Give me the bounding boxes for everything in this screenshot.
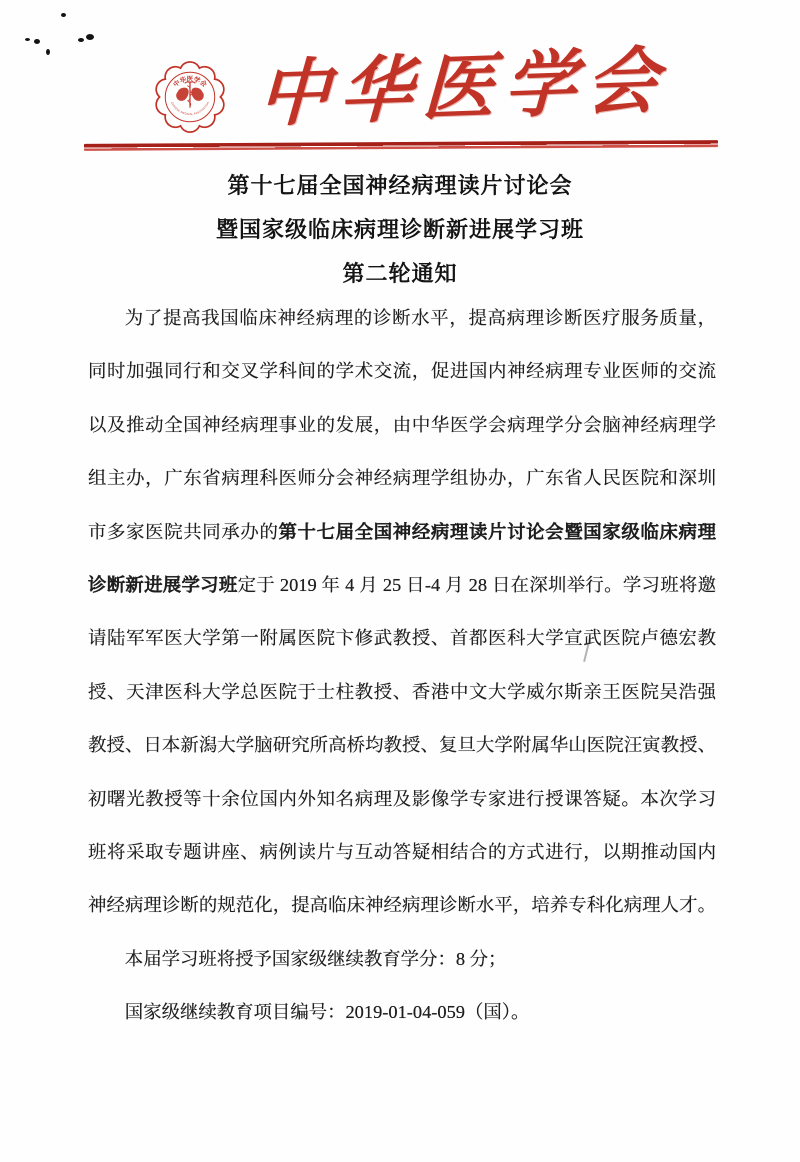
body-line: 授、天津医科大学总医院于士柱教授、香港中文大学威尔斯亲王医院吴浩强 [88,666,716,719]
body-line: 神经病理诊断的规范化，提高临床神经病理诊断水平，培养专科化病理人才。 [88,879,716,932]
ink-speck [61,13,66,17]
body-segment-bold: 第十七届全国神经病理读片讨论会暨国家级临床病理 [279,522,716,542]
body-line: 组主办，广东省病理科医师分会神经病理学组协办，广东省人民医院和深圳 [88,452,716,505]
body-text: 为了提高我国临床神经病理的诊断水平，提高病理诊断医疗服务质量，同时加强同行和交叉… [88,292,716,1039]
body-segment: 授、天津医科大学总医院于士柱教授、香港中文大学威尔斯亲王医院吴浩强 [88,682,716,702]
body-line: 初曙光教授等十余位国内外知名病理及影像学专家进行授课答疑。本次学习 [88,773,716,826]
body-lines: 为了提高我国临床神经病理的诊断水平，提高病理诊断医疗服务质量，同时加强同行和交叉… [88,292,716,933]
body-segment: 市多家医院共同承办的 [88,522,279,542]
cma-calligraphy-title: 中华医学会 [256,29,679,148]
body-line: 班将采取专题讲座、病例读片与互动答疑相结合的方式进行，以期推动国内 [88,826,716,879]
body-segment: 以及推动全国神经病理事业的发展，由中华医学会病理学分会脑神经病理学 [88,415,716,435]
body-segment: 为了提高我国临床神经病理的诊断水平，提高病理诊断医疗服务质量， [125,308,716,328]
document-titles: 第十七届全国神经病理读片讨论会 暨国家级临床病理诊断新进展学习班 第二轮通知 [0,164,800,296]
body-segment: 同时加强同行和交叉学科间的学术交流，促进国内神经病理专业医师的交流 [88,361,716,381]
credit-project-number-line: 国家级继续教育项目编号：2019-01-04-059（国）。 [88,986,716,1039]
title-notice-round: 第二轮通知 [0,252,800,296]
ink-speck [78,38,84,42]
title-conference: 第十七届全国神经病理读片讨论会 [0,164,800,208]
title-workshop: 暨国家级临床病理诊断新进展学习班 [0,208,800,252]
body-segment: 初曙光教授等十余位国内外知名病理及影像学专家进行授课答疑。本次学习 [88,789,716,809]
body-segment: 定于 2019 年 4 月 25 日-4 月 28 日在深圳举行。学习班将邀 [238,575,716,595]
body-line: 市多家医院共同承办的第十七届全国神经病理读片讨论会暨国家级临床病理 [88,506,716,559]
credit-score-line: 本届学习班将授予国家级继续教育学分：8 分； [88,933,716,986]
ink-speck [86,34,94,40]
body-line: 为了提高我国临床神经病理的诊断水平，提高病理诊断医疗服务质量， [88,292,716,345]
body-line: 同时加强同行和交叉学科间的学术交流，促进国内神经病理专业医师的交流 [88,345,716,398]
ink-speck [46,49,50,55]
snake [187,86,192,106]
scanned-notice-page: 中华医学会 CHINESE MEDICAL ASSOCIATION 中华医学会 … [0,0,800,1162]
body-line: 教授、日本新潟大学脑研究所高桥均教授、复旦大学附属华山医院汪寅教授、 [88,719,716,772]
body-line: 诊断新进展学习班定于 2019 年 4 月 25 日-4 月 28 日在深圳举行… [88,559,716,612]
body-segment: 请陆军军医大学第一附属医院卞修武教授、首都医科大学宣武医院卢德宏教 [88,628,716,648]
ink-speck [25,38,30,41]
body-segment: 组主办，广东省病理科医师分会神经病理学组协办，广东省人民医院和深圳 [88,468,716,488]
body-segment: 神经病理诊断的规范化，提高临床神经病理诊断水平，培养专科化病理人才。 [88,895,716,915]
body-line: 以及推动全国神经病理事业的发展，由中华医学会病理学分会脑神经病理学 [88,399,716,452]
body-segment-bold: 诊断新进展学习班 [88,575,238,595]
body-segment: 班将采取专题讲座、病例读片与互动答疑相结合的方式进行，以期推动国内 [88,842,716,862]
body-segment: 教授、日本新潟大学脑研究所高桥均教授、复旦大学附属华山医院汪寅教授、 [88,735,716,755]
ink-speck [34,39,40,44]
body-line: 请陆军军医大学第一附属医院卞修武教授、首都医科大学宣武医院卢德宏教 [88,612,716,665]
letterhead-rule [84,140,718,151]
cma-seal-logo: 中华医学会 CHINESE MEDICAL ASSOCIATION [152,58,228,136]
